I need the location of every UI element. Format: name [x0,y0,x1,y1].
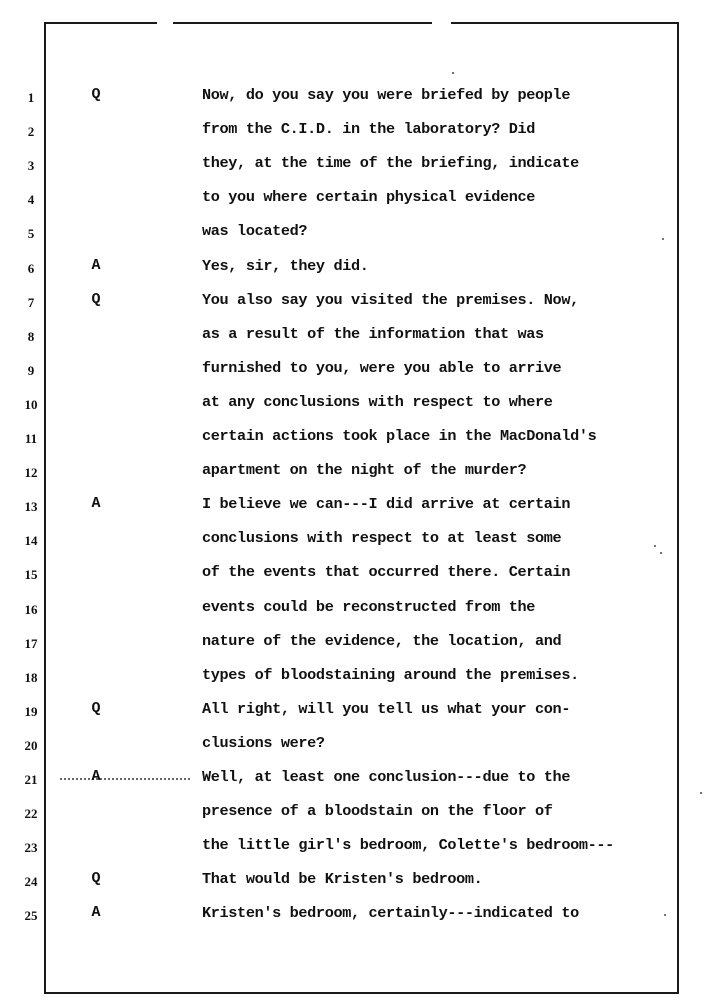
transcript-line: 12 apartment on the night of the murder? [0,457,720,487]
line-text: Now, do you say you were briefed by peop… [202,86,570,104]
line-number: 3 [20,158,42,174]
frame-top-border [451,22,679,24]
line-number: 11 [20,431,42,447]
scan-artifact-line [60,778,190,780]
transcript-page: 1 Q Now, do you say you were briefed by … [0,0,720,1007]
line-number: 2 [20,124,42,140]
line-text: clusions were? [202,734,325,752]
transcript-line: 18 types of bloodstaining around the pre… [0,662,720,692]
transcript-line: 25 A Kristen's bedroom, certainly---indi… [0,900,720,930]
line-number: 4 [20,192,42,208]
line-text: certain actions took place in the MacDon… [202,427,596,445]
transcript-line: 6 A Yes, sir, they did. [0,253,720,283]
line-number: 18 [20,670,42,686]
transcript-line: 19 Q All right, will you tell us what yo… [0,696,720,726]
speaker-label: A [86,904,106,921]
line-number: 20 [20,738,42,754]
line-text: the little girl's bedroom, Colette's bed… [202,836,614,854]
line-text: nature of the evidence, the location, an… [202,632,561,650]
line-text: You also say you visited the premises. N… [202,291,579,309]
line-number: 14 [20,533,42,549]
line-number: 1 [20,90,42,106]
transcript-line: 13 A I believe we can---I did arrive at … [0,491,720,521]
line-number: 22 [20,806,42,822]
line-number: 17 [20,636,42,652]
scan-speck [452,72,454,74]
line-number: 13 [20,499,42,515]
line-text: I believe we can---I did arrive at certa… [202,495,570,513]
transcript-line: 14 conclusions with respect to at least … [0,525,720,555]
line-number: 5 [20,226,42,242]
transcript-line: 22 presence of a bloodstain on the floor… [0,798,720,828]
line-text: conclusions with respect to at least som… [202,529,561,547]
line-text: to you where certain physical evidence [202,188,535,206]
line-text: types of bloodstaining around the premis… [202,666,579,684]
transcript-line: 5 was located? [0,218,720,248]
line-text: presence of a bloodstain on the floor of [202,802,553,820]
line-number: 8 [20,329,42,345]
line-text: apartment on the night of the murder? [202,461,526,479]
transcript-line: 21 A Well, at least one conclusion---due… [0,764,720,794]
line-text: was located? [202,222,307,240]
line-number: 24 [20,874,42,890]
line-number: 16 [20,602,42,618]
line-number: 10 [20,397,42,413]
line-text: All right, will you tell us what your co… [202,700,570,718]
line-number: 9 [20,363,42,379]
line-text: That would be Kristen's bedroom. [202,870,482,888]
line-text: Well, at least one conclusion---due to t… [202,768,570,786]
transcript-line: 8 as a result of the information that wa… [0,321,720,351]
line-text: Kristen's bedroom, certainly---indicated… [202,904,579,922]
transcript-line: 1 Q Now, do you say you were briefed by … [0,82,720,112]
transcript-line: 24 Q That would be Kristen's bedroom. [0,866,720,896]
speaker-label: A [86,257,106,274]
line-text: they, at the time of the briefing, indic… [202,154,579,172]
transcript-line: 9 furnished to you, were you able to arr… [0,355,720,385]
transcript-line: 4 to you where certain physical evidence [0,184,720,214]
transcript-line: 23 the little girl's bedroom, Colette's … [0,832,720,862]
speaker-label: A [86,768,106,785]
transcript-line: 15 of the events that occurred there. Ce… [0,559,720,589]
frame-top-border [44,22,157,24]
line-text: of the events that occurred there. Certa… [202,563,570,581]
speaker-label: Q [86,86,106,103]
line-text: furnished to you, were you able to arriv… [202,359,561,377]
line-number: 25 [20,908,42,924]
transcript-line: 17 nature of the evidence, the location,… [0,628,720,658]
line-number: 21 [20,772,42,788]
frame-top-border [173,22,432,24]
line-text: Yes, sir, they did. [202,257,369,275]
transcript-line: 7 Q You also say you visited the premise… [0,287,720,317]
line-number: 19 [20,704,42,720]
transcript-line: 10 at any conclusions with respect to wh… [0,389,720,419]
line-number: 7 [20,295,42,311]
line-number: 15 [20,567,42,583]
transcript-line: 20 clusions were? [0,730,720,760]
line-text: from the C.I.D. in the laboratory? Did [202,120,535,138]
line-text: as a result of the information that was [202,325,544,343]
transcript-line: 16 events could be reconstructed from th… [0,594,720,624]
line-number: 6 [20,261,42,277]
transcript-line: 3 they, at the time of the briefing, ind… [0,150,720,180]
speaker-label: Q [86,291,106,308]
frame-bottom-border [44,992,679,994]
speaker-label: Q [86,870,106,887]
transcript-line: 11 certain actions took place in the Mac… [0,423,720,453]
speaker-label: Q [86,700,106,717]
transcript-line: 2 from the C.I.D. in the laboratory? Did [0,116,720,146]
line-text: at any conclusions with respect to where [202,393,553,411]
speaker-label: A [86,495,106,512]
line-number: 12 [20,465,42,481]
line-text: events could be reconstructed from the [202,598,535,616]
line-number: 23 [20,840,42,856]
